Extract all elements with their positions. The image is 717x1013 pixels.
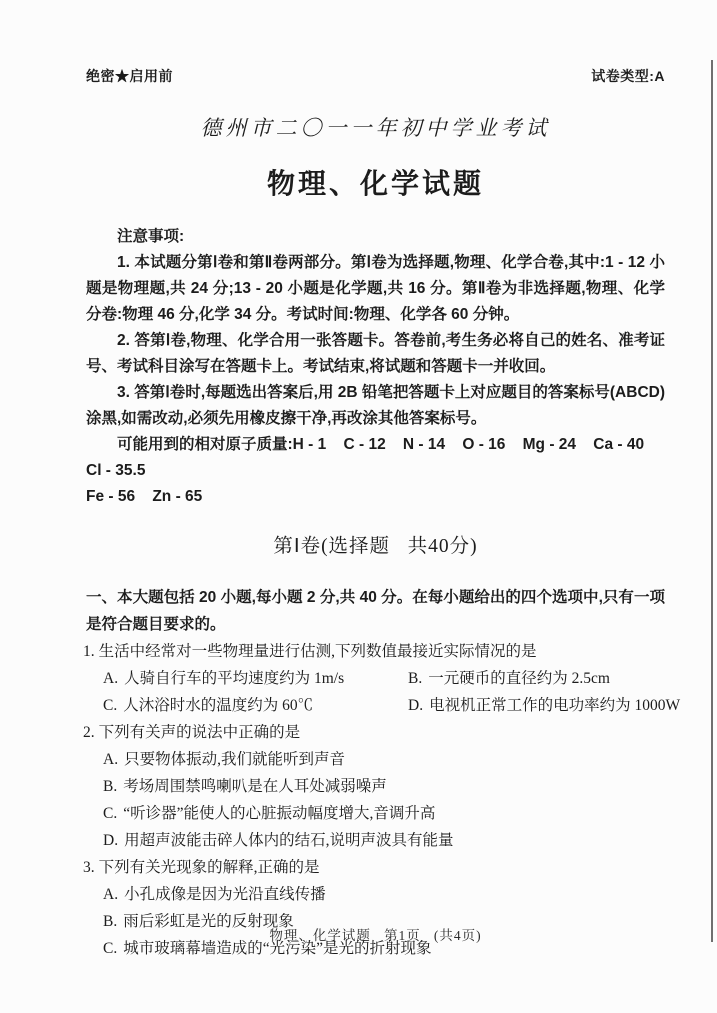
security-classification: 绝密★启用前 (86, 66, 173, 86)
question-1-options: A.人骑自行车的平均速度约为 1m/s B.一元硬币的直径约为 2.5cm C.… (86, 665, 665, 719)
option-d-text: 用超声波能击碎人体内的结石,说明声波具有能量 (124, 832, 453, 849)
option-c-label: C. (103, 805, 117, 822)
question-2-option-c: C.“听诊器”能使人的心脏振动幅度增大,音调升高 (86, 800, 665, 827)
option-c-text: “听诊器”能使人的心脏振动幅度增大,音调升高 (123, 805, 435, 822)
notice-heading: 注意事项: (86, 224, 665, 250)
notice-item-2: 2. 答第Ⅰ卷,物理、化学合用一张答题卡。答卷前,考生务必将自己的姓名、准考证号… (86, 328, 665, 380)
question-2-stem: 2.下列有关声的说法中正确的是 (83, 719, 665, 746)
section1-title: 第Ⅰ卷(选择题 共40分) (86, 530, 665, 558)
option-d-label: D. (408, 697, 423, 714)
question-1-option-c: C.人沐浴时水的温度约为 60℃ (86, 692, 391, 719)
question-2-option-a: A.只要物体振动,我们就能听到声音 (86, 746, 665, 773)
question-1-stem: 1.生活中经常对一些物理量进行估测,下列数值最接近实际情况的是 (83, 638, 665, 665)
option-b-label: B. (103, 778, 117, 795)
exam-session-title: 德州市二〇一一年初中学业考试 (86, 112, 665, 142)
notice-item-1: 1. 本试题分第Ⅰ卷和第Ⅱ卷两部分。第Ⅰ卷为选择题,物理、化学合卷,其中:1 -… (86, 250, 665, 328)
option-d-label: D. (103, 832, 118, 849)
question-2-option-b: B.考场周围禁鸣喇叭是在人耳处减弱噪声 (86, 773, 665, 800)
question-1-number: 1. (83, 643, 95, 660)
question-3-option-a: A.小孔成像是因为光沿直线传播 (86, 881, 665, 908)
question-1-text: 生活中经常对一些物理量进行估测,下列数值最接近实际情况的是 (99, 643, 537, 660)
paper-title: 物理、化学试题 (86, 162, 665, 202)
option-a-label: A. (103, 886, 118, 903)
option-b-label: B. (408, 670, 422, 687)
scan-edge-line (711, 60, 713, 942)
question-3-stem: 3.下列有关光现象的解释,正确的是 (83, 854, 665, 881)
option-a-text: 只要物体振动,我们就能听到声音 (124, 751, 345, 768)
option-b-text: 一元硬币的直径约为 2.5cm (428, 670, 610, 687)
question-2-number: 2. (83, 724, 95, 741)
atomic-masses-line-1: 可能用到的相对原子质量:H - 1 C - 12 N - 14 O - 16 M… (86, 432, 665, 484)
option-a-text: 人骑自行车的平均速度约为 1m/s (124, 670, 344, 687)
notice-item-3: 3. 答第Ⅰ卷时,每题选出答案后,用 2B 铅笔把答题卡上对应题目的答案标号(A… (86, 380, 665, 432)
option-a-label: A. (103, 751, 118, 768)
document-header: 绝密★启用前 试卷类型:A (86, 66, 665, 86)
question-3-text: 下列有关光现象的解释,正确的是 (99, 859, 320, 876)
question-3-number: 3. (83, 859, 95, 876)
exam-page: 绝密★启用前 试卷类型:A 德州市二〇一一年初中学业考试 物理、化学试题 注意事… (0, 0, 717, 1013)
paper-type-label: 试卷类型:A (591, 66, 665, 86)
atomic-masses-line-2: Fe - 56 Zn - 65 (86, 484, 665, 510)
notice-section: 注意事项: 1. 本试题分第Ⅰ卷和第Ⅱ卷两部分。第Ⅰ卷为选择题,物理、化学合卷,… (86, 224, 665, 510)
option-a-text: 小孔成像是因为光沿直线传播 (124, 886, 326, 903)
question-2-options: A.只要物体振动,我们就能听到声音 B.考场周围禁鸣喇叭是在人耳处减弱噪声 C.… (86, 746, 665, 854)
question-3-options: A.小孔成像是因为光沿直线传播 B.雨后彩虹是光的反射现象 C.城市玻璃幕墙造成… (86, 881, 665, 962)
option-d-text: 电视机正常工作的电功率约为 1000W (429, 697, 680, 714)
question-2: 2.下列有关声的说法中正确的是 A.只要物体振动,我们就能听到声音 B.考场周围… (86, 719, 665, 854)
option-c-label: C. (103, 697, 117, 714)
question-1-option-b: B.一元硬币的直径约为 2.5cm (391, 665, 680, 692)
question-2-option-d: D.用超声波能击碎人体内的结石,说明声波具有能量 (86, 827, 665, 854)
option-c-text: 人沐浴时水的温度约为 60℃ (123, 697, 313, 714)
question-3: 3.下列有关光现象的解释,正确的是 A.小孔成像是因为光沿直线传播 B.雨后彩虹… (86, 854, 665, 962)
question-2-text: 下列有关声的说法中正确的是 (99, 724, 301, 741)
question-1: 1.生活中经常对一些物理量进行估测,下列数值最接近实际情况的是 A.人骑自行车的… (86, 638, 665, 719)
question-1-option-d: D.电视机正常工作的电功率约为 1000W (391, 692, 680, 719)
question-1-option-a: A.人骑自行车的平均速度约为 1m/s (86, 665, 391, 692)
option-b-text: 考场周围禁鸣喇叭是在人耳处减弱噪声 (123, 778, 387, 795)
option-a-label: A. (103, 670, 118, 687)
section1-intro: 一、本大题包括 20 小题,每小题 2 分,共 40 分。在每小题给出的四个选项… (86, 584, 665, 638)
page-footer: 物理、化学试题 第1页 (共4页) (86, 924, 665, 944)
